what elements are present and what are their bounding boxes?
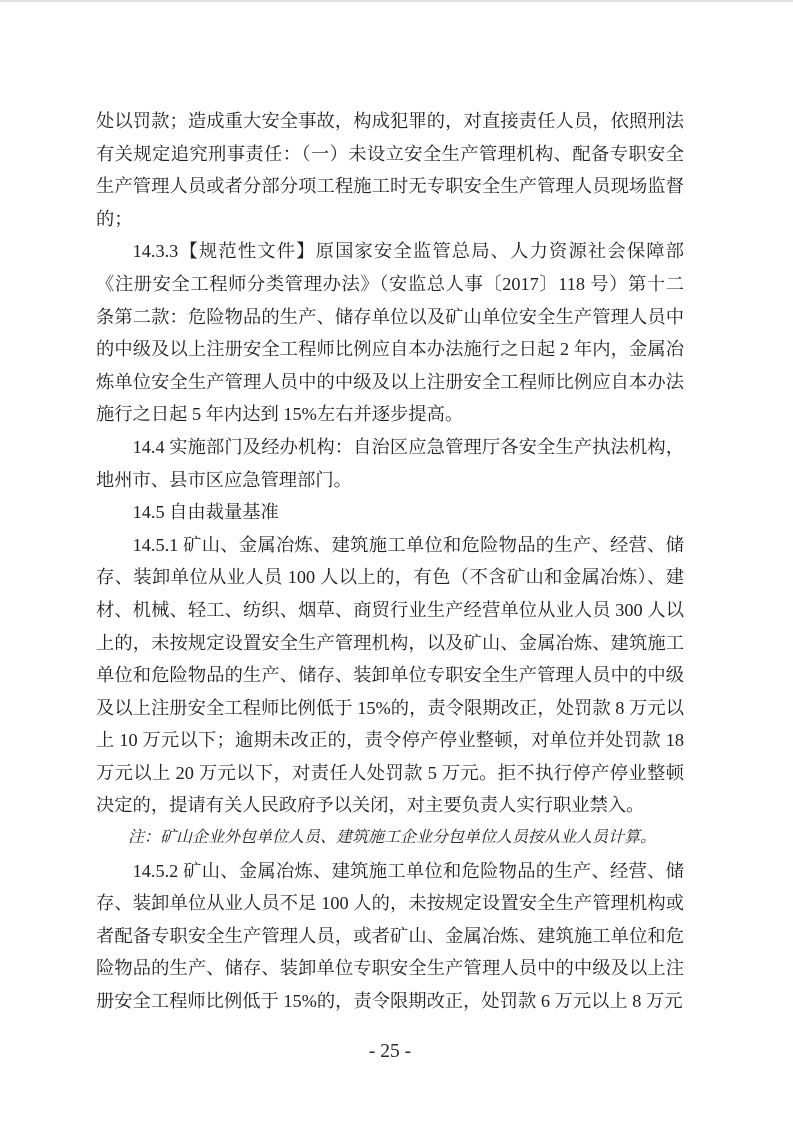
para-14-5: 14.5 自由裁量基准 [96,496,684,529]
para-penalty-continuation: 处以罚款；造成重大安全事故，构成犯罪的，对直接责任人员，依照刑法有关规定追究刑事… [96,105,684,235]
para-14-4: 14.4 实施部门及经办机构：自治区应急管理厅各安全生产执法机构，地州市、县市区… [96,431,684,496]
para-14-5-1: 14.5.1 矿山、金属冶炼、建筑施工单位和危险物品的生产、经营、储存、装卸单位… [96,529,684,822]
para-14-5-2: 14.5.2 矿山、金属冶炼、建筑施工单位和危险物品的生产、经营、储存、装卸单位… [96,855,684,1018]
page-footer: - 25 - [96,1040,684,1064]
document-body: 处以罚款；造成重大安全事故，构成犯罪的，对直接责任人员，依照刑法有关规定追究刑事… [96,105,684,1018]
document-page: 处以罚款；造成重大安全事故，构成犯罪的，对直接责任人员，依照刑法有关规定追究刑事… [0,0,793,1122]
page-number: - 25 - [369,1041,411,1062]
para-14-3-3: 14.3.3【规范性文件】原国家安全监管总局、人力资源社会保障部《注册安全工程师… [96,235,684,431]
scan-edge-line [0,0,793,2]
para-note: 注：矿山企业外包单位人员、建筑施工企业分包单位人员按从业人员计算。 [96,822,684,855]
